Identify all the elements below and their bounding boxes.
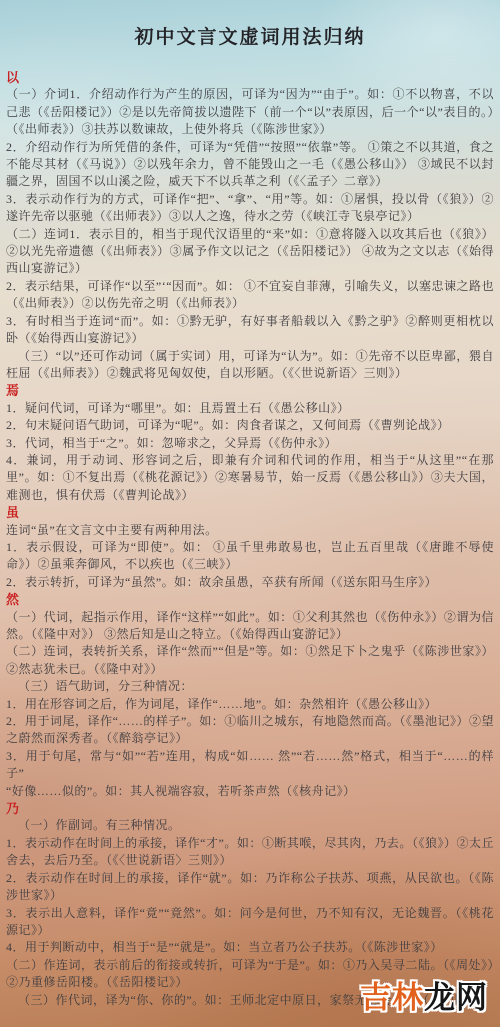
watermark-longwang-text: 龙网 — [424, 980, 488, 1015]
paragraph: （二）连词1．表示目的，相当于现代汉语里的“来”如：①意将隧入以攻其后也（《狼》… — [6, 226, 494, 278]
section-headword-sui: 虽 — [6, 504, 494, 521]
paragraph: 2．用于词尾，译作“……的样子”。如：①临川之城东，有地隐然而高。（《墨池记》）… — [6, 713, 494, 748]
paragraph: 1．疑问代词，可译为“哪里”。如：且焉置土石（《愚公移山》） — [6, 400, 494, 417]
section-headword-nai: 乃 — [6, 800, 494, 817]
paragraph: 2．表示转折，可译为“虽然”。如：故余虽愚，卒获有所闻（《送东阳马生序》） — [6, 574, 494, 591]
paragraph: 2．表示动作在时间上的承接，译作“就”。如：乃诈称公子扶苏、项燕，从民欲也。（《… — [6, 870, 494, 905]
paragraph: 3．表示出人意料，译作“竟”“竟然”。如：问今是何世，乃不知有汉，无论魏晋。（《… — [6, 905, 494, 940]
section-yi: 以 （一）介词1．介绍动作行为产生的原因，可译为“因为”“由于”。如：①不以物喜… — [6, 69, 494, 382]
section-headword-yi: 以 — [6, 69, 494, 86]
paragraph: 4．兼词，用于动词、形容词之后，即兼有介词和代词的作用，相当于“从这里”“在那里… — [6, 452, 494, 504]
paragraph: （一）介词1．介绍动作行为产生的原因，可译为“因为”“由于”。如：①不以物喜，不… — [6, 86, 494, 138]
watermark: 吉林龙网 — [360, 972, 488, 1017]
paragraph: （二）连词，表转折关系，译作“然而”“但是”等。如：①然足下卜之鬼乎（《陈涉世家… — [6, 643, 494, 678]
paragraph: 3．表示动作行为的方式，可译作“把”、“拿”、“用”等。如：①屠惧，投以骨（《狼… — [6, 191, 494, 226]
paragraph: 连词“虽”在文言文中主要有两种用法。 — [6, 522, 494, 539]
paragraph: （三）语气助词，分三种情况： — [6, 678, 494, 695]
paragraph: （三）“以”还可作动词（属于实词）用，可译为“认为”。如：①先帝不以臣卑鄙，猥自… — [6, 348, 494, 383]
paragraph: （一）作副词。有三种情况。 — [6, 817, 494, 834]
paragraph: 1．用在形容词之后，作为词尾，译作“……地”。如：杂然相许（《愚公移山》） — [6, 696, 494, 713]
paragraph: （一）代词，起指示作用，译作“这样”“如此”。如：①父利其然也（《伤仲永》）②谓… — [6, 609, 494, 644]
paragraph: 1．表示动作在时间上的承接，译作“才”。如：①断其喉，尽其肉，乃去。（《狼》）②… — [6, 835, 494, 870]
paragraph: “好像……似的”。如：其人视端容寂，若听茶声然（《核舟记》） — [6, 783, 494, 800]
paragraph: 3．有时相当于连词“而”。如：①黔无驴，有好事者船载以入《黔之驴》②醉则更相枕以… — [6, 313, 494, 348]
section-yan: 焉 1．疑问代词，可译为“哪里”。如：且焉置土石（《愚公移山》） 2．句末疑问语… — [6, 382, 494, 504]
section-ran: 然 （一）代词，起指示作用，译作“这样”“如此”。如：①父利其然也（《伤仲永》）… — [6, 591, 494, 800]
section-sui: 虽 连词“虽”在文言文中主要有两种用法。 1．表示假设，可译为“即使”。如： ①… — [6, 504, 494, 591]
paragraph: 1．表示假设，可译为“即使”。如： ①虽千里弗敢易也，岂止五百里哉（《唐雎不辱使… — [6, 539, 494, 574]
paragraph: 3．用于句尾，常与“如”“若”连用，构成“如…… 然”“若……然”格式，相当于“… — [6, 748, 494, 783]
document-page: 初中文言文虚词用法归纳 以 （一）介词1．介绍动作行为产生的原因，可译为“因为”… — [0, 0, 500, 1027]
section-headword-ran: 然 — [6, 591, 494, 608]
paragraph: 2．表示结果，可译作“以至”‘“因而”。如： ①不宜妄自菲薄，引喻失义，以塞忠谏… — [6, 278, 494, 313]
paragraph: 2．介绍动作行为所凭借的条件，可译为“凭借”“按照”“依靠”等。 ①策之不以其道… — [6, 139, 494, 191]
paragraph: 4．用于判断动中，相当于“是”“就是”。如：当立者乃公子扶苏。（《陈涉世家》） — [6, 939, 494, 956]
paragraph: 2．句末疑问语气助词，可译为“呢”。如：肉食者谋之，又何间焉（《曹刿论战》） — [6, 417, 494, 434]
watermark-jilin-text: 吉林 — [360, 980, 424, 1015]
section-headword-yan: 焉 — [6, 382, 494, 399]
page-title: 初中文言文虚词用法归纳 — [6, 22, 494, 49]
paragraph: 3．代词，相当于“之”。如：忽啼求之，父异焉（《伤仲永》） — [6, 435, 494, 452]
